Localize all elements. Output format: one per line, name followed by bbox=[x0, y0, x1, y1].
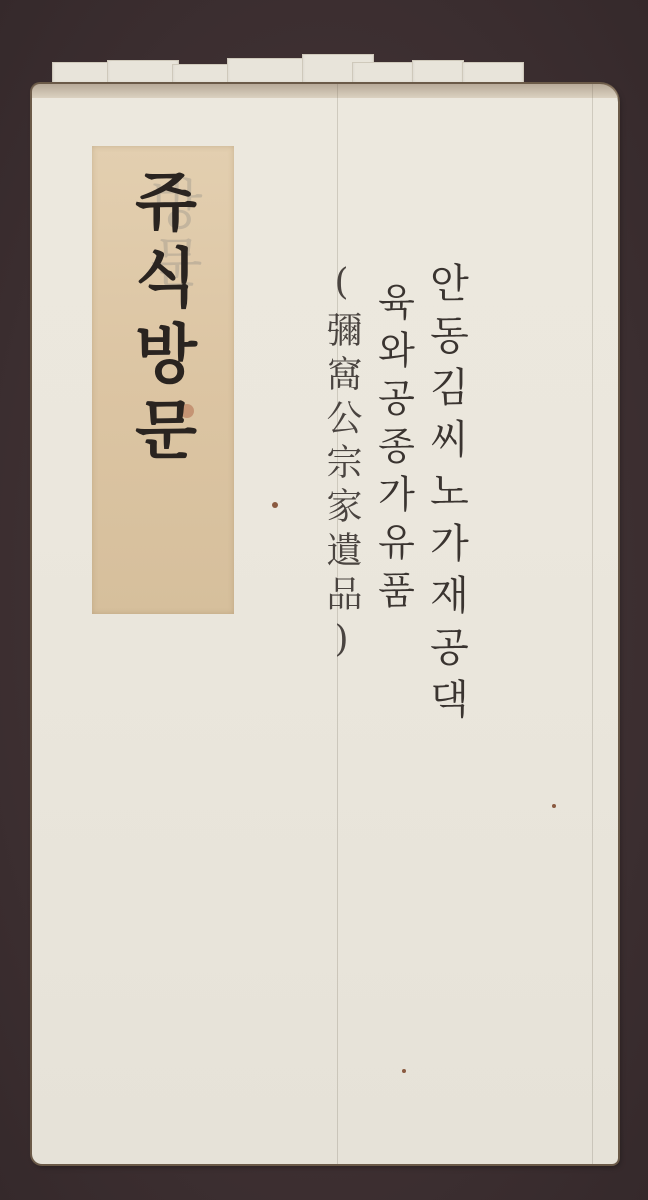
book-title: 쥬식방문 bbox=[122, 168, 206, 472]
title-label-slip: 방문 쥬식방문 bbox=[92, 146, 234, 614]
inscription-line-3-hanja: (彌窩公宗家遺品) bbox=[316, 262, 367, 668]
fold-line bbox=[592, 84, 593, 1164]
inscription-line-2: 육와공종가유품 bbox=[366, 282, 421, 618]
ink-spot bbox=[552, 804, 556, 808]
ink-spot bbox=[272, 502, 278, 508]
inscription-line-1: 안동김씨노가재공댁 bbox=[418, 262, 475, 730]
ink-spot bbox=[402, 1069, 406, 1073]
